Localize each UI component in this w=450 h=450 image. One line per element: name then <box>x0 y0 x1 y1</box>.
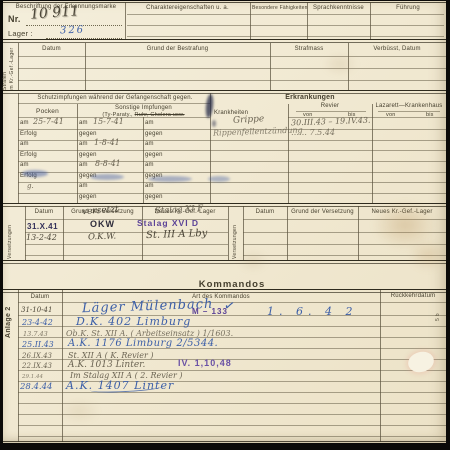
komm-datum-6: 22.IX.43 <box>22 362 52 370</box>
lazarett-header: Lazarett—Krankenhaus <box>372 103 446 109</box>
stain-top <box>322 52 358 76</box>
impfungen-title-underline <box>18 103 210 104</box>
header-line-2 <box>127 25 444 26</box>
komm-datum-3: 13.7.43 <box>23 330 48 338</box>
komm-stamp-m133: M – 133 <box>192 307 228 316</box>
komm-art-2: D.K. 402 Limburg <box>76 315 191 328</box>
ink-blot-small <box>212 120 216 127</box>
sonst2-am-2: am <box>145 141 154 147</box>
komm-col-rueckkehr: Rückkehrdatum <box>380 293 446 299</box>
strafen-col-verbuesst: Verbüsst, Datum <box>348 46 446 52</box>
komm-art-3: Ob.K. St. XII A. ( Arbeitseinsatz ) 1/16… <box>66 329 233 338</box>
komm-stamp-iv11048: IV. 1,10,48 <box>178 358 232 368</box>
sonst2-am-4: am <box>145 183 154 189</box>
vers-l-col-datum: Datum <box>25 209 63 215</box>
sprachkenntnisse-header: Sprachkenntnisse <box>309 5 368 11</box>
fuehrung-header: Führung <box>372 5 444 11</box>
komm-art-5: St. XII A ( K. Revier ) <box>68 351 153 360</box>
sonst1-am-2: am <box>79 141 88 147</box>
strafen-row-line-1 <box>18 56 446 57</box>
sonst2-gegen-2: gegen <box>145 152 163 158</box>
komm-left-border <box>18 290 19 442</box>
vers-l-right-border <box>228 206 229 261</box>
impfungen-divider-lazarett <box>372 104 373 203</box>
sonst2-am-3: am <box>145 162 154 168</box>
komm-datum-4: 25.II.43 <box>22 340 54 349</box>
vers-l-row3 <box>25 255 228 256</box>
strafen-row-line-2 <box>18 68 446 69</box>
scanned-pow-record-card: Beschriftung der Erkennungsmarke Nr. 10 … <box>0 0 450 450</box>
komm-datum-7: 29.1.44 <box>22 374 43 380</box>
komm-art-4: A.K. 1176 Limburg 2/5344. <box>68 338 218 349</box>
pocken-erfolg-1: Erfolg <box>20 131 37 137</box>
versetzungen-side-label-left: Versetzungen <box>7 209 13 259</box>
komm-col-art: Art des Kommandos <box>62 294 380 300</box>
top-border <box>3 2 446 3</box>
strafen-col-datum: Datum <box>18 46 85 52</box>
impfungen-divider-revier <box>288 104 289 203</box>
lager-value-handwritten: 326 <box>60 25 85 37</box>
header-line-1 <box>127 14 444 15</box>
versetzungen-bottom-rule <box>3 260 446 264</box>
komm-bottom-rule <box>3 441 446 442</box>
strafen-col-grund: Grund der Bestrafung <box>85 46 270 52</box>
pocken-am-1: am <box>20 120 29 126</box>
vers-r-col-grund: Grund der Versetzung <box>287 209 358 215</box>
sonst1-date-2: 1-8-41 <box>94 138 120 147</box>
header-divider-2 <box>250 2 251 39</box>
header-line-3 <box>127 36 444 37</box>
komm-datum-2: 23-4-42 <box>22 318 53 327</box>
vers-neues-2: St. III A Lby <box>146 228 208 241</box>
stain-mid <box>238 250 268 272</box>
margin-note-5b: 5 b <box>435 303 441 321</box>
anlage-side-label: Anlage 2 <box>5 290 12 338</box>
komm-datum-8: 28.4.44 <box>20 382 52 392</box>
strafen-side-label-1: Strafen <box>2 48 8 90</box>
pocken-date-1: 25-7-41 <box>33 117 64 126</box>
sonst1-date-3: 8-8-41 <box>95 159 121 168</box>
sonstige-header-line1: Sonstige Impfungen <box>79 105 208 111</box>
komm-row-11 <box>18 425 446 426</box>
blue-smudge-3 <box>148 176 192 182</box>
impfungen-title: Schutzimpfungen während der Gefangenscha… <box>20 95 210 101</box>
vers-r-col-datum: Datum <box>243 209 287 215</box>
header-bottom-rule <box>3 39 446 43</box>
sonst1-gegen-1: gegen <box>79 131 97 137</box>
faehigkeiten-header: Besondere Fähigkeiten <box>252 5 305 11</box>
revier-entry-2: ‥‥‥ 7.5.44 <box>291 128 335 137</box>
sonst1-am-1: am <box>79 120 88 126</box>
pocken-header: Pocken <box>18 108 77 115</box>
impfungen-divider-pocken <box>77 104 78 203</box>
pocken-pencil-note: g. <box>27 182 34 190</box>
pocken-am-3: am <box>20 162 29 168</box>
komm-datum-5: 26.IX.43 <box>22 352 52 360</box>
komm-datum-1: 31-10-41 <box>21 306 52 314</box>
stain-bottom-left <box>58 398 100 424</box>
vers-neues-1-stamp: Stalag XVI D <box>137 218 199 228</box>
vers-grund-2: O.K.W. <box>88 232 117 243</box>
sonst1-am-3: am <box>79 162 88 168</box>
pocken-am-2: am <box>20 141 29 147</box>
vers-datum-1: 31.X.41 <box>27 222 58 231</box>
komm-art-6: A.K. 1013 Linter. <box>68 360 145 370</box>
blue-smudge-2 <box>90 174 124 180</box>
blue-smudge-4 <box>208 176 230 182</box>
revier-header: Revier <box>288 103 372 109</box>
komm-col-datum: Datum <box>18 294 62 300</box>
charakter-header: Charaktereigenschaften u. a. <box>127 5 248 11</box>
versetzungen-top-line <box>3 206 446 207</box>
vers-datum-2: 13-2-42 <box>26 233 57 242</box>
sonst1-am-4: am <box>79 183 88 189</box>
blue-smudge-1 <box>22 170 48 177</box>
sonst1-gegen-2: gegen <box>79 152 97 158</box>
komm-note-return-date: 1. 6. 4 2 <box>267 305 357 318</box>
vers-l-row2 <box>25 244 228 245</box>
komm-row-8 <box>18 392 446 393</box>
krankheit-entry-1: Grippe <box>233 114 265 126</box>
strafen-side-label-2: im Kr.-Gef.-Lager <box>9 45 15 91</box>
strafen-col-strafmass: Strafmass <box>270 46 348 52</box>
erkrankungen-title: Erkrankungen <box>262 94 358 101</box>
sonst2-gegen-4: gegen <box>145 194 163 200</box>
nr-label: Nr. <box>8 14 21 24</box>
komm-row-12 <box>18 436 446 437</box>
vers-grund-1-stamp: OKW <box>90 219 115 229</box>
sonst2-am-1: am <box>145 120 154 126</box>
sonst1-gegen-4: gegen <box>79 194 97 200</box>
header-divider-1 <box>125 2 126 39</box>
pocken-erfolg-2: Erfolg <box>20 152 37 158</box>
komm-div-rueckkehr <box>380 290 381 442</box>
impf-row-line-3 <box>18 150 446 151</box>
stain-brown-small <box>408 238 448 272</box>
lager-label: Lager : <box>8 29 33 38</box>
header-divider-4 <box>370 2 371 39</box>
strafen-row-line-3 <box>18 80 446 81</box>
sonst1-date-1: 15-7-41 <box>93 117 124 126</box>
nr-value-handwritten: 10 911 <box>30 3 80 22</box>
strafen-bottom-rule <box>3 90 446 94</box>
versetzungen-side-label-right: Versetzungen <box>232 209 238 259</box>
sonst2-gegen-1: gegen <box>145 131 163 137</box>
